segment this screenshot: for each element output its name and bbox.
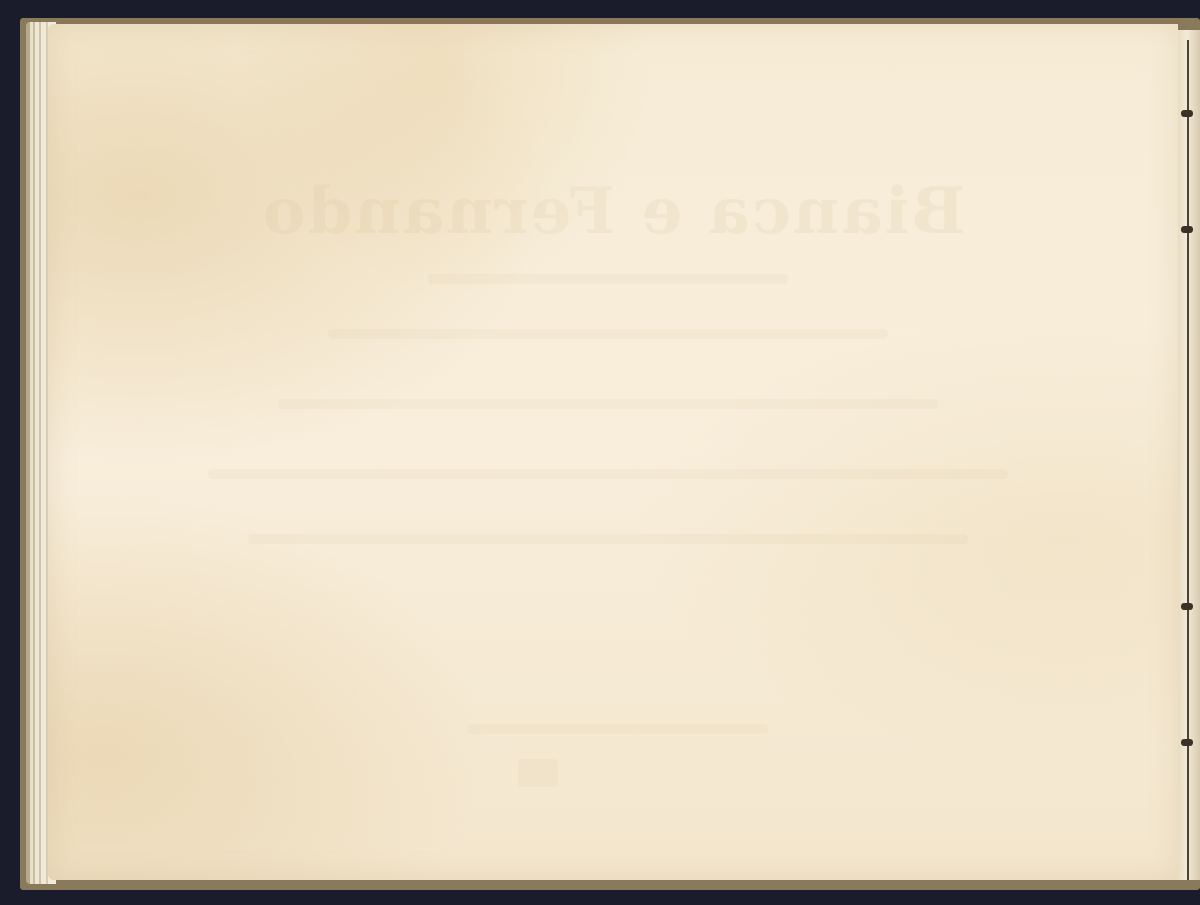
blank-page: Bianca e Fernando — [48, 24, 1178, 880]
binding-stitch — [1181, 739, 1193, 746]
binding-stitch — [1181, 603, 1193, 610]
binding-stitch — [1181, 226, 1193, 233]
bleed-through-line — [518, 759, 558, 787]
binding-thread — [1187, 40, 1189, 880]
bleed-through-line — [468, 724, 768, 734]
binding-gutter — [1178, 30, 1200, 880]
bleed-through-line — [208, 469, 1008, 479]
bleed-through-line — [428, 274, 788, 284]
binding-stitch — [1181, 110, 1193, 117]
bleed-through-line — [328, 329, 888, 339]
bleed-through-line — [248, 534, 968, 544]
bleed-through-title: Bianca e Fernando — [48, 174, 1178, 249]
bleed-through-line — [278, 399, 938, 409]
